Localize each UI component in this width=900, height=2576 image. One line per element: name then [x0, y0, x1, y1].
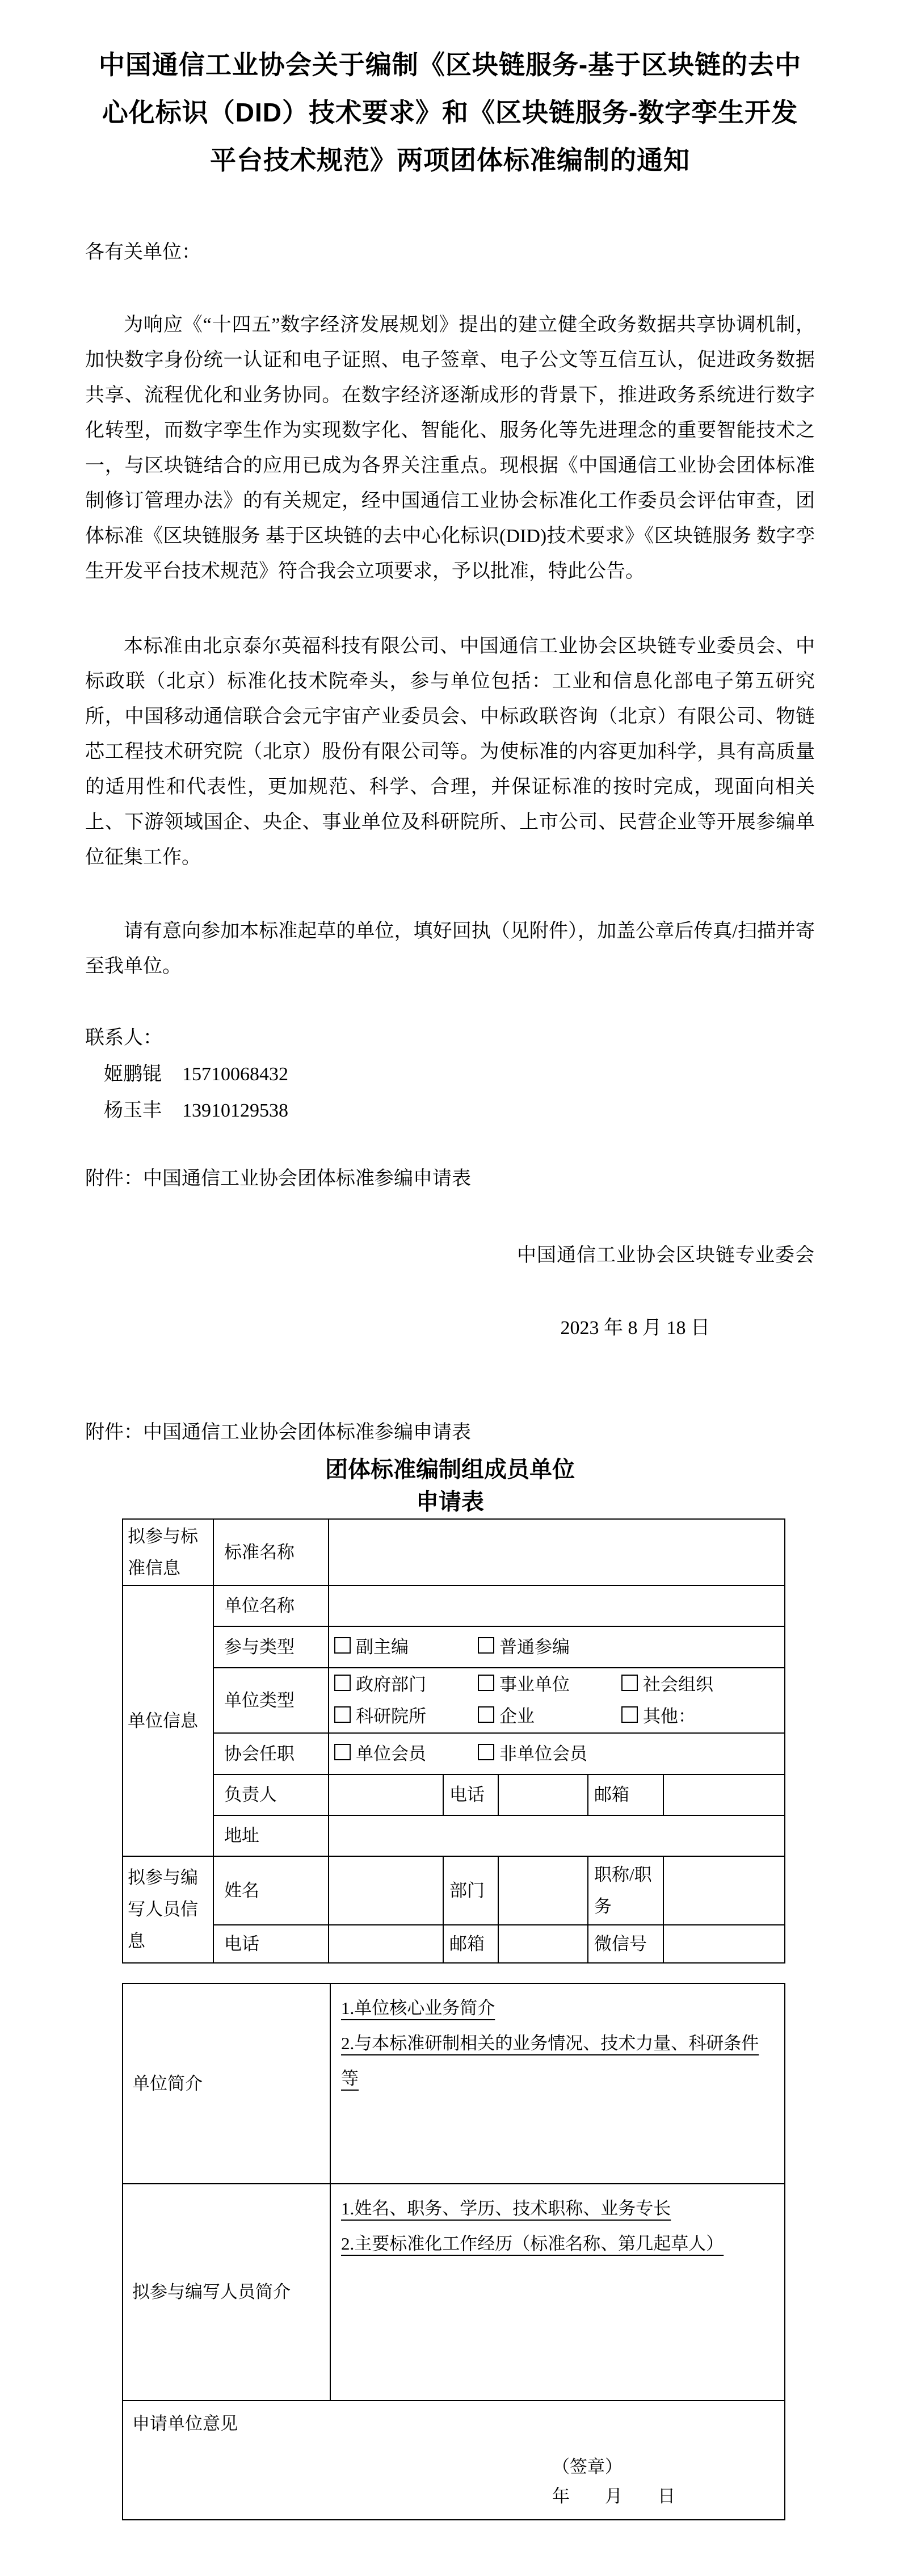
leader-label: 负责人: [213, 1774, 329, 1815]
option-label: 普通参编: [499, 1637, 570, 1657]
option-label: 非单位会员: [499, 1744, 587, 1764]
document-page: 中国通信工业协会关于编制《区块链服务-基于区块链的去中 心化标识（DID）技术要…: [0, 0, 900, 2520]
checkbox-icon: [621, 1675, 638, 1691]
wechat-value-cell: [663, 1925, 785, 1963]
group-standard-info: 拟参与标准信息: [123, 1519, 213, 1585]
option-label: 事业单位: [499, 1675, 570, 1694]
application-form-table-top: 拟参与标准信息 标准名称 单位信息 单位名称 参与类型 副主编普通参编 单位类型…: [122, 1518, 785, 1964]
unit-name-value-cell: [329, 1585, 785, 1626]
writers-profile-label: 拟参与编写人员简介: [123, 2184, 330, 2401]
unit-profile-hint-2: 2.与本标准研制相关的业务情况、技术力量、科研条件等: [341, 2026, 775, 2096]
title-position-value-cell: [663, 1856, 785, 1925]
option-label: 单位会员: [356, 1744, 426, 1764]
checkbox-option: 其他：: [621, 1701, 696, 1732]
option-label: 企业: [499, 1706, 535, 1726]
unit-type-options-row-2: 科研院所企业其他：: [334, 1701, 784, 1732]
issuer-signature: 中国通信工业协会区块链专业委会: [85, 1238, 815, 1273]
contact-name: 杨玉丰: [104, 1100, 162, 1121]
standard-name-label: 标准名称: [213, 1519, 329, 1585]
form-heading: 团体标准编制组成员单位 申请表: [85, 1454, 815, 1518]
person-name-label: 姓名: [213, 1856, 329, 1925]
unit-profile-hint-1: 1.单位核心业务简介: [341, 1991, 775, 2026]
leader-phone-value-cell: [498, 1774, 588, 1815]
address-label: 地址: [213, 1815, 329, 1856]
leader-email-value-cell: [663, 1774, 785, 1815]
leader-phone-label: 电话: [443, 1774, 498, 1815]
address-value-cell: [329, 1815, 785, 1856]
contact-phone: 15710068432: [182, 1064, 288, 1085]
title-line-1: 中国通信工业协会关于编制《区块链服务-基于区块链的去中: [85, 41, 815, 89]
group-writers-info: 拟参与编写人员信息: [123, 1856, 213, 1963]
department-label: 部门: [443, 1856, 498, 1925]
title-position-label: 职称/职务: [588, 1856, 663, 1925]
contact-row: 姬鹏锟15710068432: [85, 1057, 815, 1092]
attachment-note: 附件：中国通信工业协会团体标准参编申请表: [85, 1161, 815, 1197]
person-phone-label: 电话: [213, 1925, 329, 1963]
option-label: 政府部门: [356, 1675, 426, 1694]
unit-type-options-row-1: 政府部门事业单位社会组织: [334, 1669, 784, 1701]
contacts-label: 联系人：: [85, 1021, 815, 1056]
person-email-value-cell: [498, 1925, 588, 1963]
checkbox-option: 科研院所: [334, 1701, 478, 1732]
checkbox-option: 企业: [478, 1701, 621, 1732]
checkbox-icon: [334, 1675, 351, 1691]
checkbox-option: 副主编: [334, 1631, 478, 1663]
department-value-cell: [498, 1856, 588, 1925]
person-email-label: 邮箱: [443, 1925, 498, 1963]
leader-email-label: 邮箱: [588, 1774, 663, 1815]
checkbox-option: 单位会员: [334, 1738, 478, 1770]
writers-profile-content-cell: 1.姓名、职务、学历、技术职称、业务专长 2.主要标准化工作经历（标准名称、第几…: [330, 2184, 785, 2401]
unit-type-label: 单位类型: [213, 1668, 329, 1733]
option-label: 其他：: [643, 1706, 696, 1726]
writers-profile-hint-2: 2.主要标准化工作经历（标准名称、第几起草人）: [341, 2226, 775, 2262]
applicant-opinion-cell: 申请单位意见 （签章） 年 月 日: [123, 2401, 785, 2520]
option-label: 副主编: [356, 1637, 409, 1657]
page-title: 中国通信工业协会关于编制《区块链服务-基于区块链的去中 心化标识（DID）技术要…: [85, 0, 815, 184]
checkbox-icon: [478, 1637, 494, 1654]
group-unit-info: 单位信息: [123, 1585, 213, 1856]
leader-value-cell: [329, 1774, 443, 1815]
unit-name-label: 单位名称: [213, 1585, 329, 1626]
salutation: 各有关单位：: [85, 235, 815, 270]
option-label: 科研院所: [356, 1706, 426, 1726]
checkbox-option: 普通参编: [478, 1631, 570, 1663]
checkbox-option: 社会组织: [621, 1669, 713, 1701]
unit-profile-label: 单位简介: [123, 1983, 330, 2184]
person-phone-value-cell: [329, 1925, 443, 1963]
attachment-note-2: 附件：中国通信工业协会团体标准参编申请表: [85, 1415, 815, 1450]
checkbox-icon: [334, 1706, 351, 1723]
form-heading-line-1: 团体标准编制组成员单位: [85, 1454, 815, 1486]
participation-type-options: 副主编普通参编: [329, 1626, 785, 1668]
body-paragraph-3: 请有意向参加本标准起草的单位，填好回执（见附件），加盖公章后传真/扫描并寄至我单…: [85, 914, 815, 984]
applicant-opinion-label: 申请单位意见: [132, 2408, 784, 2440]
standard-name-value-cell: [329, 1519, 785, 1585]
association-role-options: 单位会员非单位会员: [329, 1733, 785, 1774]
unit-profile-content-cell: 1.单位核心业务简介 2.与本标准研制相关的业务情况、技术力量、科研条件等: [330, 1983, 785, 2184]
contact-name: 姬鹏锟: [104, 1064, 162, 1085]
participation-type-label: 参与类型: [213, 1626, 329, 1668]
contact-row: 杨玉丰13910129538: [85, 1093, 815, 1128]
association-role-label: 协会任职: [213, 1733, 329, 1774]
wechat-label: 微信号: [588, 1925, 663, 1963]
issue-date: 2023 年 8 月 18 日: [85, 1311, 815, 1346]
checkbox-icon: [478, 1744, 494, 1760]
option-label: 社会组织: [643, 1675, 713, 1694]
title-line-2: 心化标识（DID）技术要求》和《区块链服务-数字孪生开发: [85, 89, 815, 136]
person-name-value-cell: [329, 1856, 443, 1925]
sign-date-placeholder: 年 月 日: [552, 2482, 784, 2511]
checkbox-icon: [334, 1637, 351, 1654]
body-paragraph-1: 为响应《“十四五”数字经济发展规划》提出的建立健全政务数据共享协调机制，加快数字…: [85, 308, 815, 589]
checkbox-icon: [478, 1675, 494, 1691]
writers-profile-hint-1: 1.姓名、职务、学历、技术职称、业务专长: [341, 2191, 775, 2226]
checkbox-icon: [621, 1706, 638, 1723]
seal-placeholder: （签章）: [552, 2452, 784, 2482]
checkbox-option: 非单位会员: [478, 1738, 587, 1770]
form-heading-line-2: 申请表: [85, 1486, 815, 1518]
application-form-table-bottom: 单位简介 1.单位核心业务简介 2.与本标准研制相关的业务情况、技术力量、科研条…: [122, 1983, 785, 2520]
title-line-3: 平台技术规范》两项团体标准编制的通知: [85, 136, 815, 184]
checkbox-icon: [478, 1706, 494, 1723]
unit-type-options: 政府部门事业单位社会组织 科研院所企业其他：: [329, 1668, 785, 1733]
checkbox-option: 政府部门: [334, 1669, 478, 1701]
checkbox-option: 事业单位: [478, 1669, 621, 1701]
checkbox-icon: [334, 1744, 351, 1760]
contact-phone: 13910129538: [182, 1100, 288, 1121]
body-paragraph-2: 本标准由北京泰尔英福科技有限公司、中国通信工业协会区块链专业委员会、中标政联（北…: [85, 629, 815, 875]
